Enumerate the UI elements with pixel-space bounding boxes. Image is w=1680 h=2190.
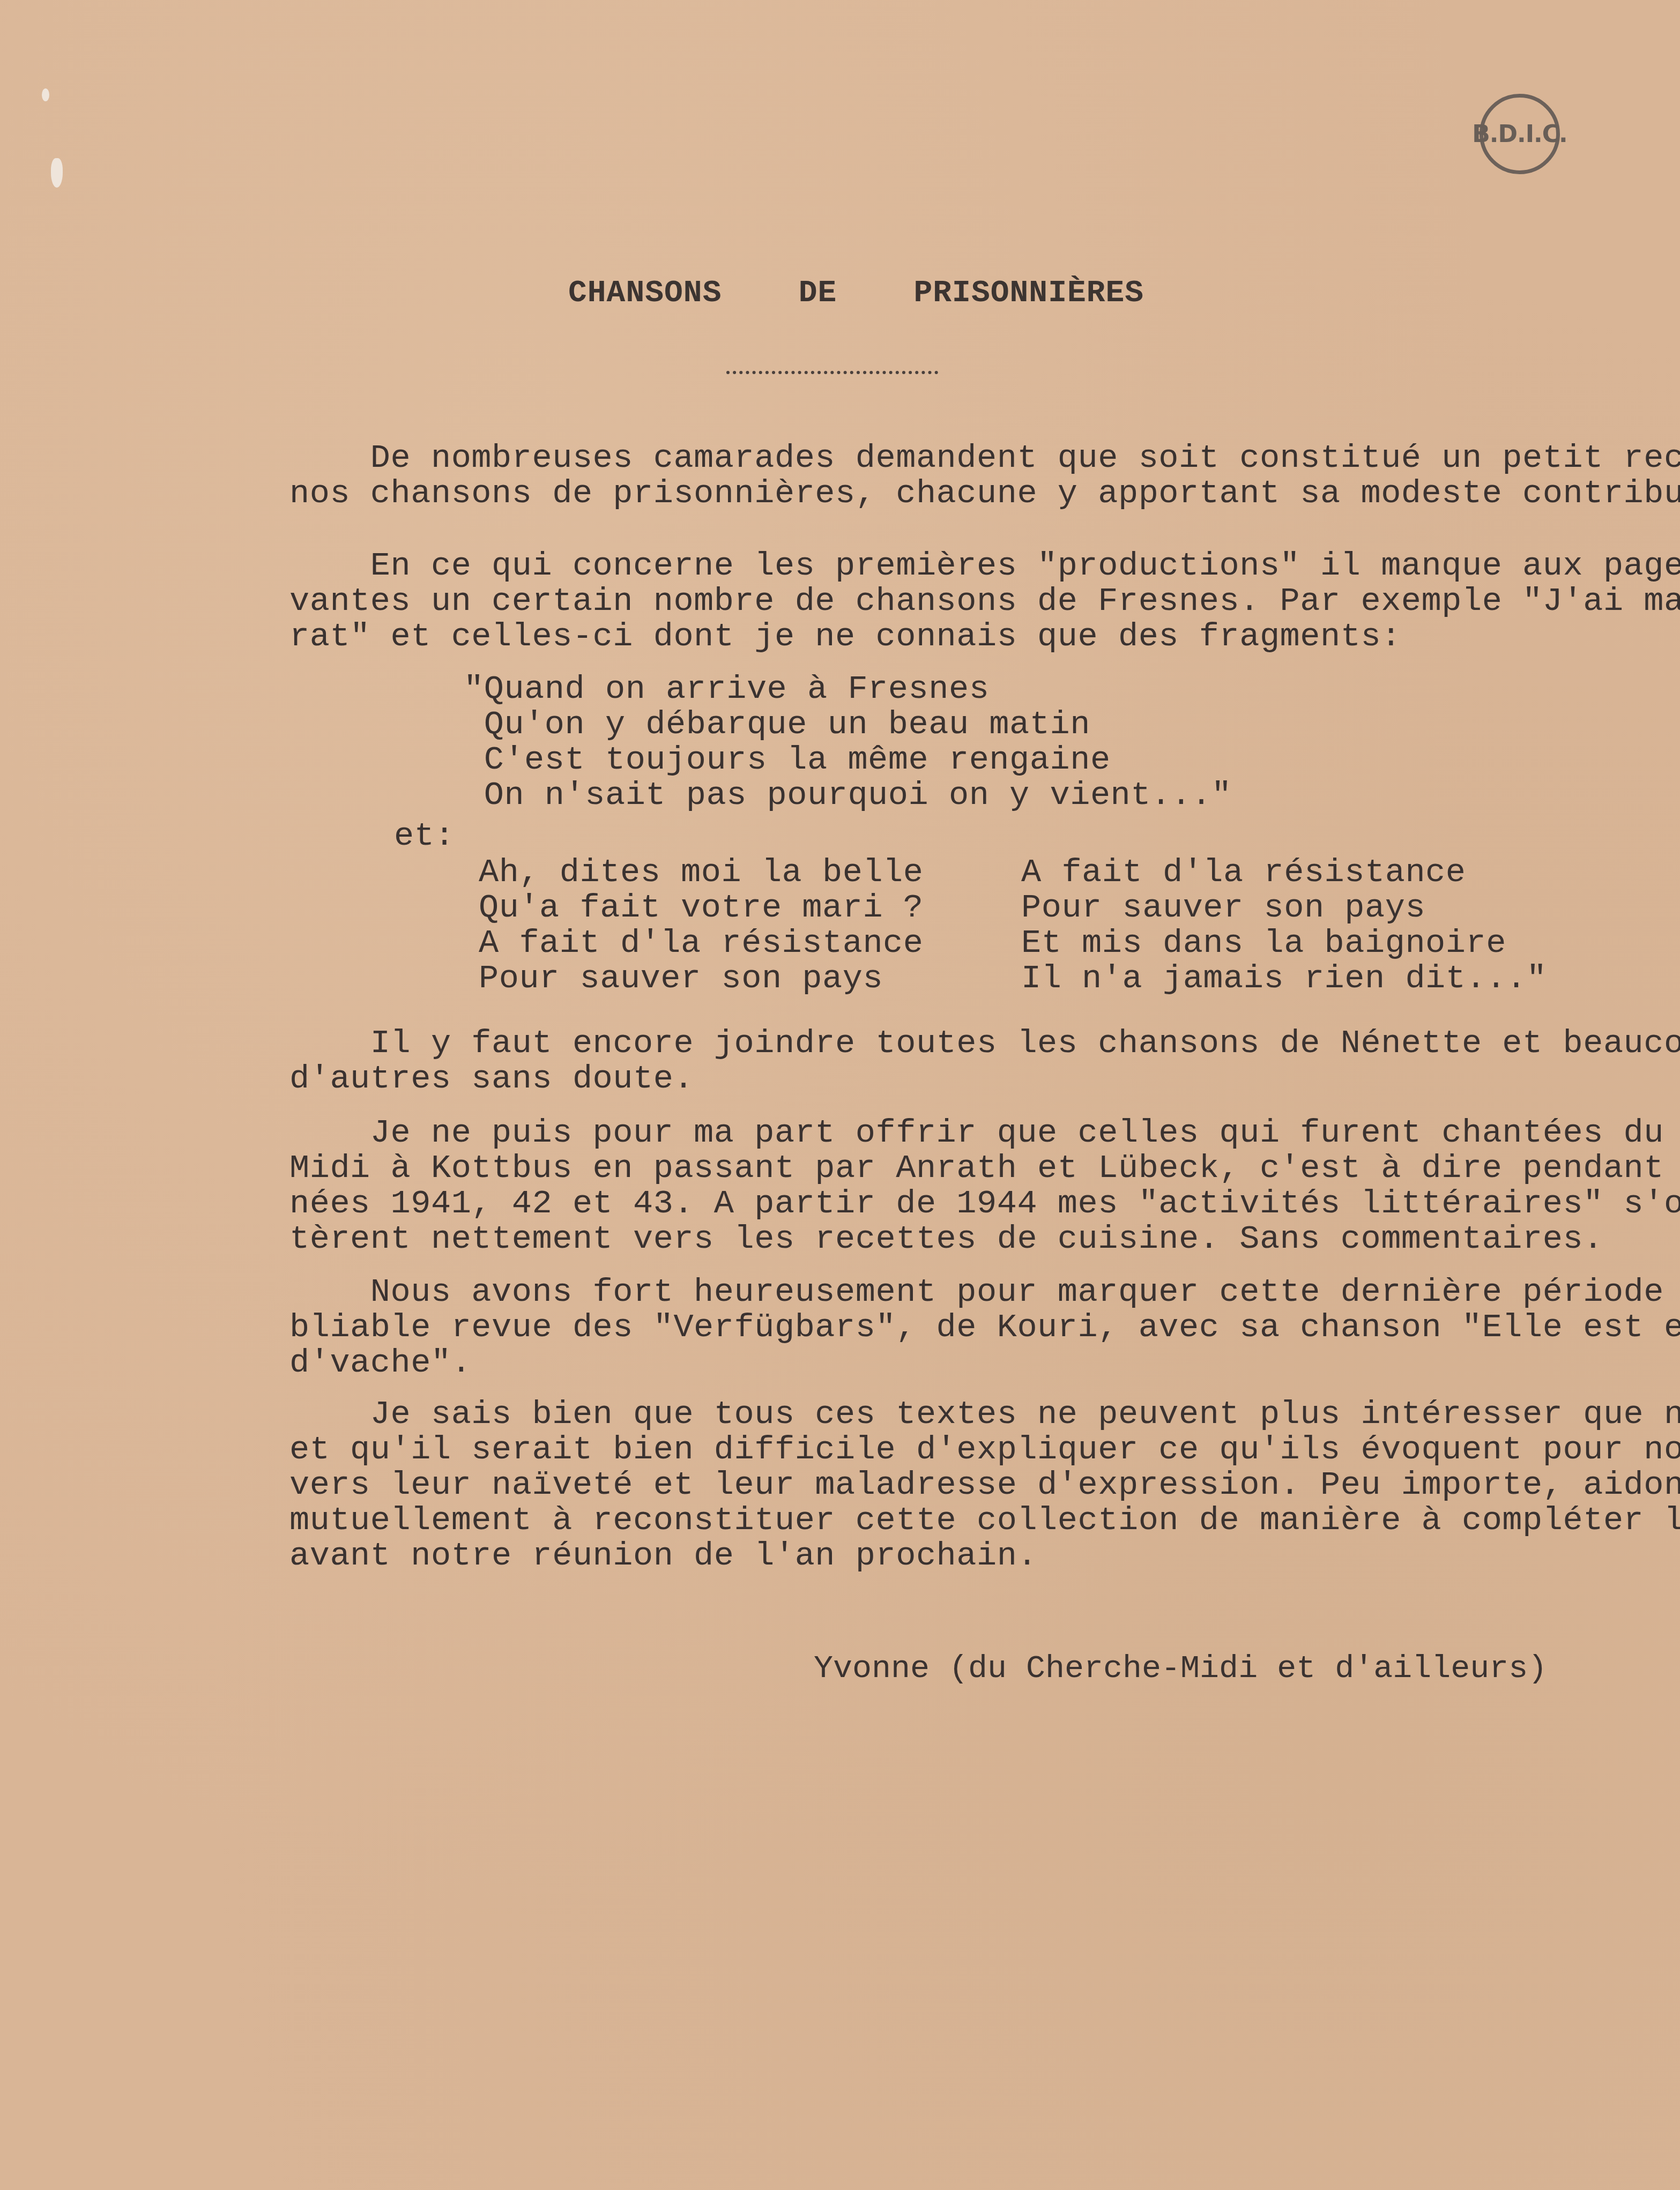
paragraph-5-line-3: d'vache". [289, 1345, 471, 1381]
paragraph-2-line-2: vantes un certain nombre de chansons de … [289, 584, 1680, 619]
song-2-right-line-2: Pour sauver son pays [1021, 890, 1425, 926]
song-2-left-line-2: Qu'a fait votre mari ? [479, 890, 924, 926]
paragraph-6-line-2: et qu'il serait bien difficile d'expliqu… [289, 1432, 1680, 1468]
song-2-right-line-3: Et mis dans la baignoire [1021, 926, 1506, 961]
title-underline [726, 371, 938, 374]
paragraph-2-line-1: En ce qui concerne les premières "produc… [289, 548, 1680, 584]
song-2-left-line-1: Ah, dites moi la belle [479, 855, 924, 890]
paragraph-6-line-5: avant notre réunion de l'an prochain. [289, 1538, 1037, 1574]
song-2-right-line-4: Il n'a jamais rien dit..." [1021, 961, 1547, 996]
song-2-right-line-1: A fait d'la résistance [1021, 855, 1466, 890]
paragraph-3-line-2: d'autres sans doute. [289, 1061, 694, 1097]
song-1-line-3: C'est toujours la même rengaine [464, 742, 1111, 778]
song-1-line-1: "Quand on arrive à Fresnes [464, 672, 989, 707]
song-2-left-line-4: Pour sauver son pays [479, 961, 883, 996]
song-2-left-line-3: A fait d'la résistance [479, 926, 924, 961]
paragraph-3-line-1: Il y faut encore joindre toutes les chan… [289, 1026, 1680, 1061]
song-1-line-4: On n'sait pas pourquoi on y vient..." [464, 778, 1232, 813]
paragraph-5-line-2: bliable revue des "Verfügbars", de Kouri… [289, 1310, 1680, 1345]
paragraph-6-line-1: Je sais bien que tous ces textes ne peuv… [289, 1397, 1680, 1432]
paragraph-1-line-2: nos chansons de prisonnières, chacune y … [289, 476, 1680, 511]
paragraph-2-line-3: rat" et celles-ci dont je ne connais que… [289, 619, 1401, 654]
paragraph-4-line-1: Je ne puis pour ma part offrir que celle… [289, 1115, 1680, 1151]
punch-hole-bottom [51, 158, 63, 188]
paragraph-4-line-4: tèrent nettement vers les recettes de cu… [289, 1221, 1603, 1257]
paragraph-1-line-1: De nombreuses camarades demandent que so… [289, 441, 1680, 476]
paragraph-4-line-2: Midi à Kottbus en passant par Anrath et … [289, 1151, 1680, 1186]
bdic-stamp: B.D.I.C. [1480, 94, 1560, 174]
punch-hole-top [42, 88, 49, 101]
paragraph-5-line-1: Nous avons fort heureusement pour marque… [289, 1275, 1680, 1310]
song-2-intro: et: [394, 818, 455, 854]
stamp-text: B.D.I.C. [1472, 121, 1567, 148]
paragraph-4-line-3: nées 1941, 42 et 43. A partir de 1944 me… [289, 1186, 1680, 1221]
song-1-line-2: Qu'on y débarque un beau matin [464, 707, 1090, 742]
document-page: B.D.I.C. CHANSONS DE PRISONNIÈRES De nom… [0, 0, 1680, 2190]
document-title: CHANSONS DE PRISONNIÈRES [568, 276, 1144, 311]
paragraph-6-line-3: vers leur naïveté et leur maladresse d'e… [289, 1468, 1680, 1503]
signature: Yvonne (du Cherche-Midi et d'ailleurs) [814, 1651, 1547, 1687]
paragraph-6-line-4: mutuellement à reconstituer cette collec… [289, 1503, 1680, 1538]
